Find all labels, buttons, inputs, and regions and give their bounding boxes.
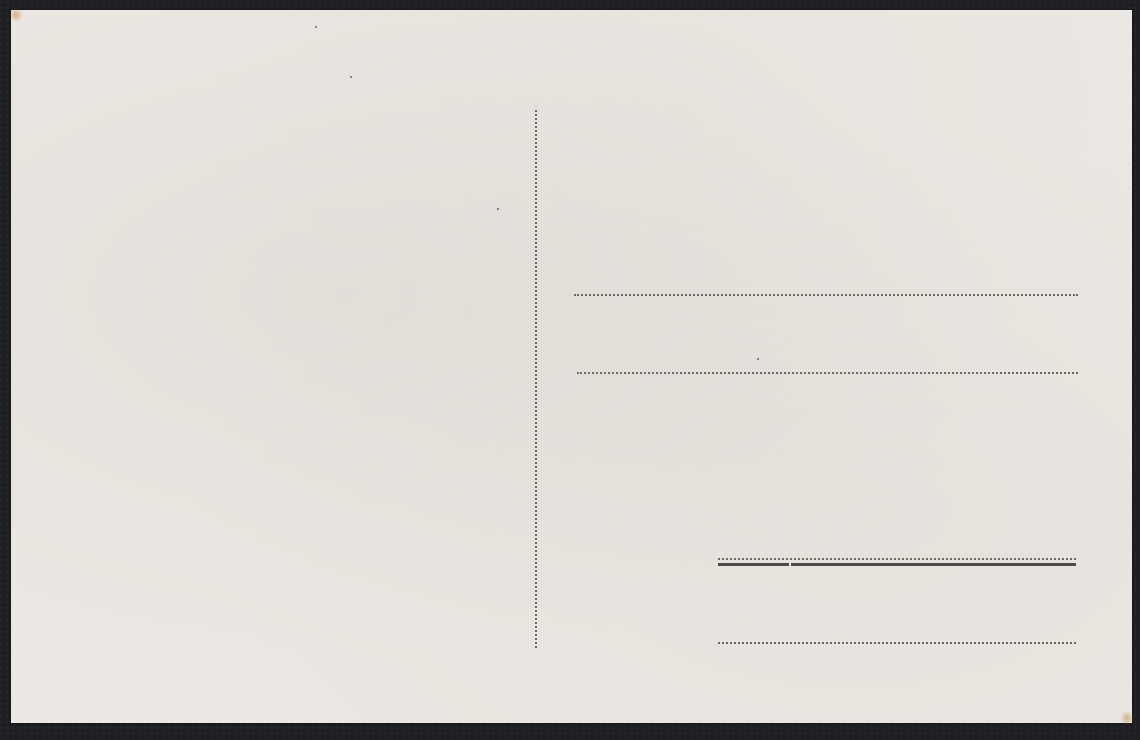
- message-area: [11, 10, 531, 723]
- paper-speck: [497, 208, 499, 210]
- address-line-2: [577, 372, 1078, 374]
- corner-stain: [1120, 711, 1134, 725]
- address-line-1: [574, 294, 1078, 296]
- address-line-4: [718, 642, 1076, 644]
- paper-speck: [350, 76, 352, 78]
- address-line-3: [718, 558, 1076, 560]
- bar-gap: [789, 563, 791, 566]
- postcard-back: [11, 10, 1132, 723]
- paper-speck: [315, 26, 317, 28]
- address-underline-bar: [718, 563, 1076, 566]
- paper-speck: [757, 358, 759, 360]
- vertical-dotted-divider: [535, 110, 537, 648]
